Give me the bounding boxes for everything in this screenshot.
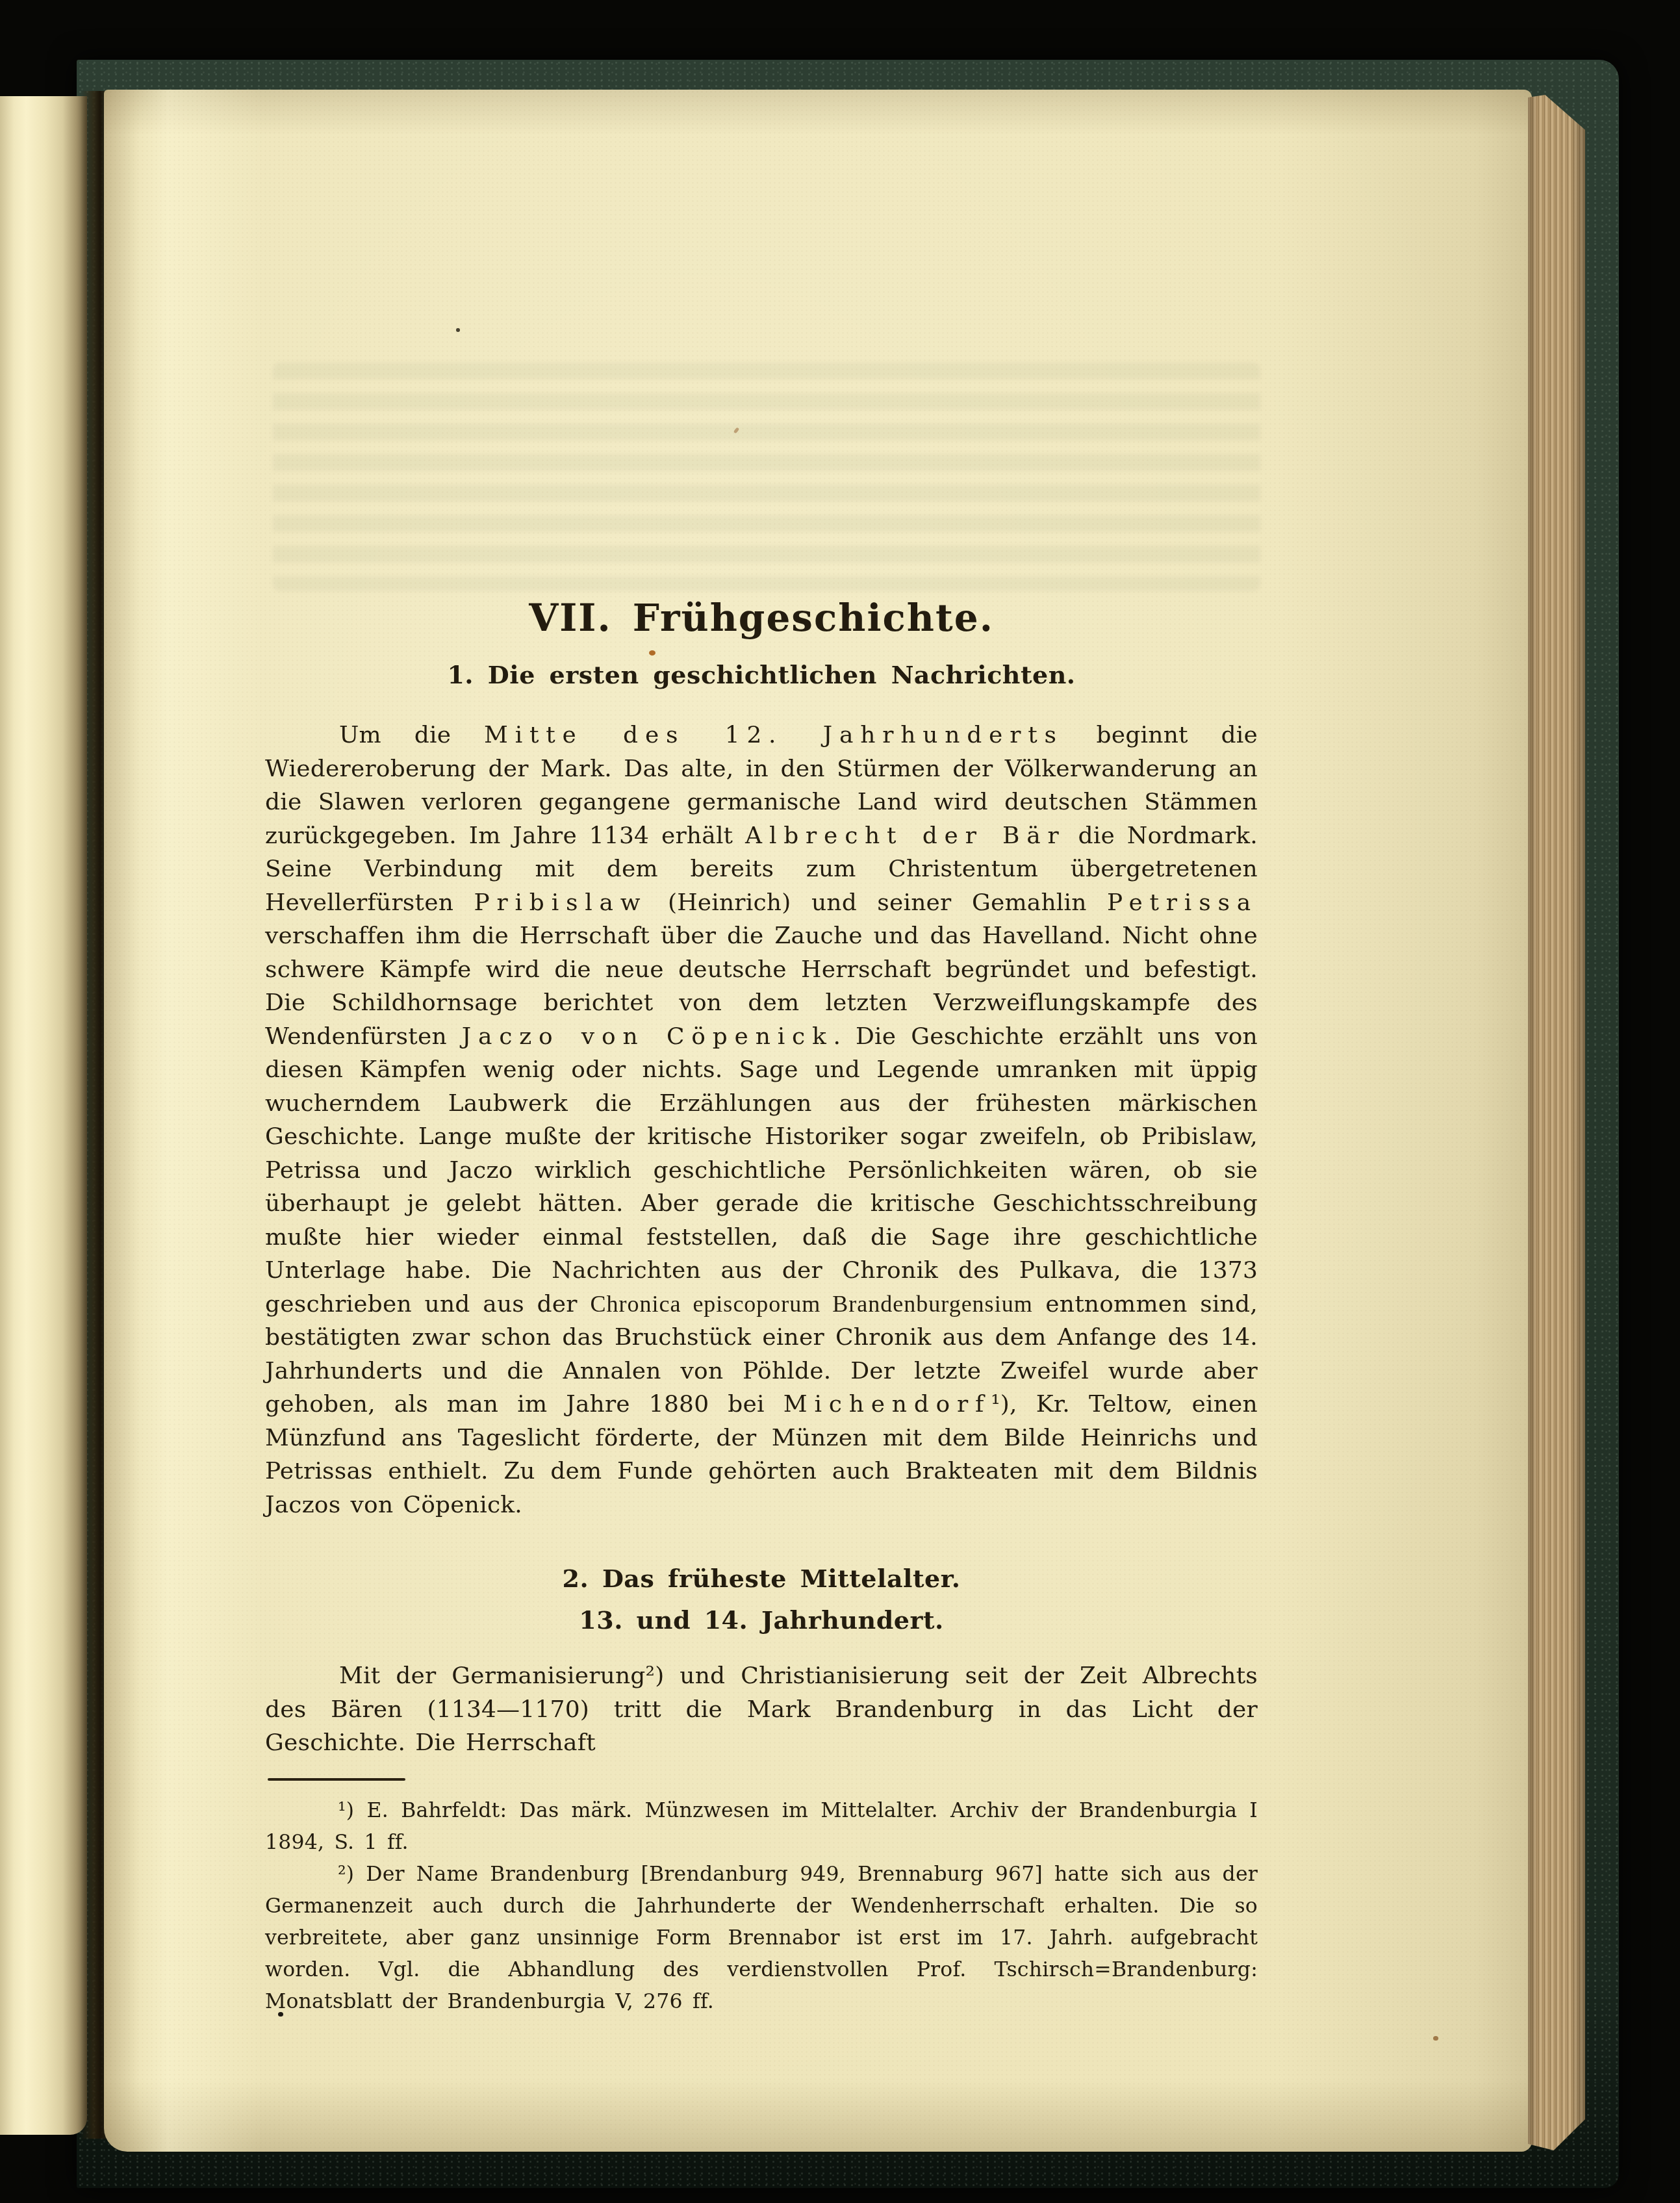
footnote-separator bbox=[268, 1778, 405, 1781]
left-page-edge bbox=[0, 96, 87, 2135]
footnote-2: ²) Der Name Brandenburg [Brendanburg 949… bbox=[265, 1859, 1258, 2018]
printed-text-block: VII. Frühgeschichte. 1. Die ersten gesch… bbox=[265, 596, 1258, 2018]
spaced-text: Jaczo von Cöpenick bbox=[462, 1023, 834, 1050]
spaced-text: Mitte des 12. Jahrhunderts bbox=[484, 722, 1063, 748]
page-fore-edge bbox=[1528, 95, 1585, 2150]
footnote-1: ¹) E. Bahrfeldt: Das märk. Münzwesen im … bbox=[265, 1795, 1258, 1859]
text-run: Um die bbox=[339, 722, 484, 748]
spaced-text: Petrissa bbox=[1107, 889, 1258, 916]
paper-speck bbox=[1433, 2036, 1438, 2041]
text-run: Mit der Germanisierung²) und Christianis… bbox=[265, 1662, 1258, 1756]
page-showthrough bbox=[273, 363, 1260, 591]
section-2-heading-block: 2. Das früheste Mittelalter. 13. und 14.… bbox=[265, 1558, 1258, 1641]
section-1-paragraph: Um die Mitte des 12. Jahrhunderts beginn… bbox=[265, 719, 1258, 1522]
spaced-text: Albrecht der Bär bbox=[745, 822, 1066, 849]
scanned-book-photo: { "colors": { "background": "#070705", "… bbox=[0, 0, 1680, 2203]
section-1-heading: 1. Die ersten geschichtlichen Nachrichte… bbox=[265, 659, 1258, 691]
section-2-heading: 2. Das früheste Mittelalter. bbox=[265, 1558, 1258, 1599]
spaced-text: Pribislaw bbox=[474, 889, 647, 916]
section-2-subheading: 13. und 14. Jahrhundert. bbox=[265, 1599, 1258, 1641]
text-run: . Die Geschichte erzählt uns von diesen … bbox=[265, 1023, 1258, 1318]
chapter-title: VII. Frühgeschichte. bbox=[265, 596, 1258, 639]
text-run: (Heinrich) und seiner Gemahlin bbox=[647, 889, 1107, 916]
section-2-paragraph: Mit der Germanisierung²) und Christianis… bbox=[265, 1659, 1258, 1760]
spaced-text: Michendorf bbox=[783, 1391, 991, 1418]
latin-text: Chronica episcoporum Brandenburgensium bbox=[590, 1291, 1032, 1317]
paper-speck bbox=[456, 328, 460, 332]
photo-background: VII. Frühgeschichte. 1. Die ersten gesch… bbox=[0, 0, 1680, 2203]
footnotes-block: ¹) E. Bahrfeldt: Das märk. Münzwesen im … bbox=[265, 1795, 1258, 2018]
